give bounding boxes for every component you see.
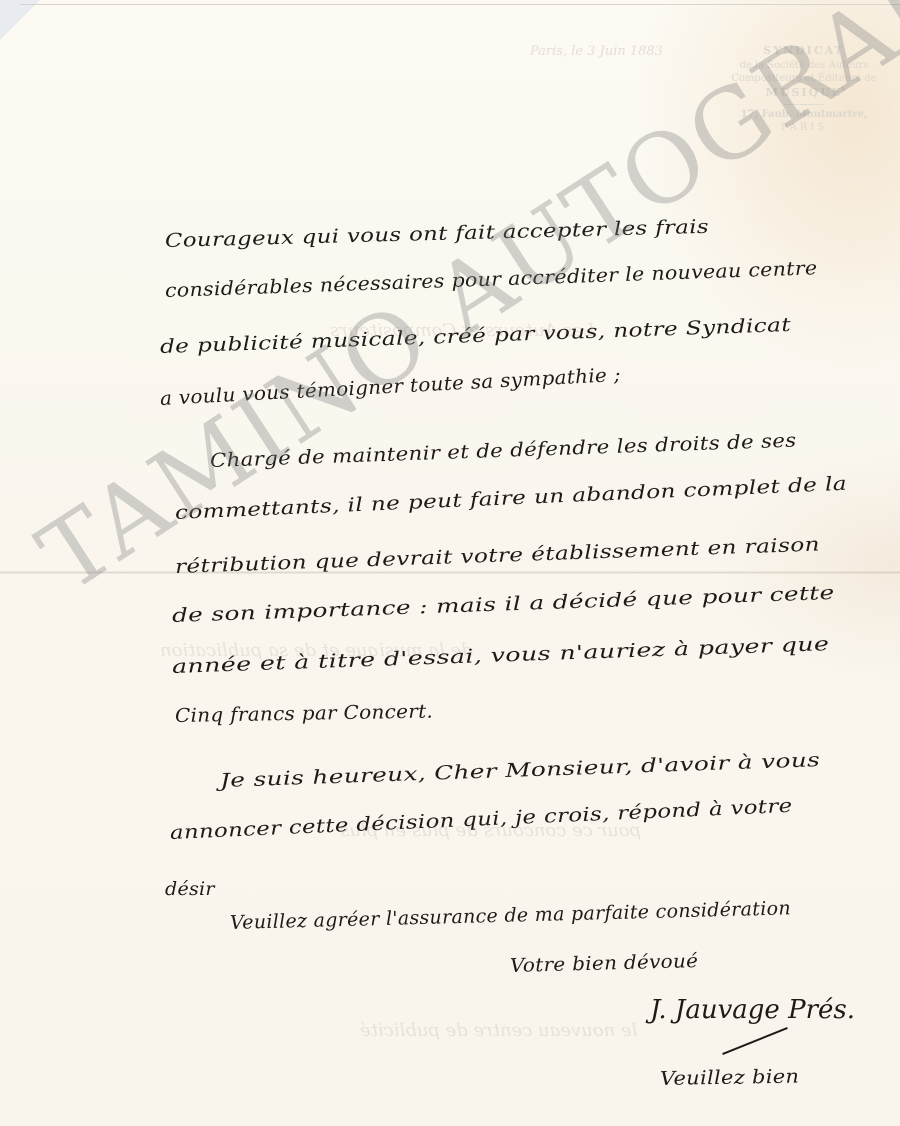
letter-line: rétribution que devrait votre établissem… bbox=[175, 533, 821, 578]
letter-sheet: Les Auteurs et Compositeurs de la musiqu… bbox=[0, 0, 900, 1126]
letter-postscript: Veuillez bien bbox=[660, 1066, 800, 1090]
signature: J. Jauvage Prés. bbox=[650, 995, 855, 1025]
letter-line: de son importance : mais il a décidé que… bbox=[172, 582, 835, 627]
letter-closing-salutation: Votre bien dévoué bbox=[510, 950, 699, 977]
letter-line: annoncer cette décision qui, je crois, r… bbox=[170, 795, 793, 844]
letter-line: Cinq francs par Concert. bbox=[175, 700, 433, 727]
letter-line: année et à titre d'essai, vous n'auriez … bbox=[172, 633, 830, 678]
letter-line: Je suis heureux, Cher Monsieur, d'avoir … bbox=[220, 749, 821, 792]
letter-line: désir bbox=[165, 878, 215, 900]
signature-flourish bbox=[722, 1027, 788, 1055]
letter-closing: Veuillez agréer l'assurance de ma parfai… bbox=[230, 897, 791, 934]
